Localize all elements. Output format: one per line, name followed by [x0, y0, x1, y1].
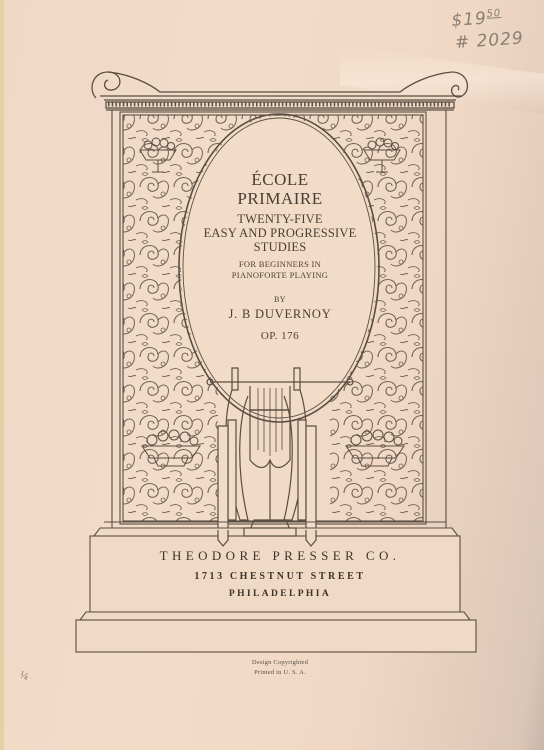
- publisher-name: THEODORE PRESSER CO.: [120, 548, 440, 564]
- composer-name: J. B DUVERNOY: [200, 307, 360, 322]
- printed-in: Printed in U. S. A.: [220, 668, 340, 678]
- opus-number: OP. 176: [200, 330, 360, 342]
- publisher-city: PHILADELPHIA: [120, 589, 440, 599]
- publisher-address: 1713 CHESTNUT STREET: [120, 571, 440, 582]
- subtitle-line-3: STUDIES: [200, 240, 360, 254]
- ornamental-frame-illustration: [0, 0, 544, 750]
- title-line-1: ÉCOLE: [200, 170, 360, 189]
- design-copyright: Design Copyrighted: [220, 658, 340, 668]
- title-line-2: PRIMAIRE: [200, 189, 360, 208]
- title-block: ÉCOLE PRIMAIRE TWENTY-FIVE EASY AND PROG…: [200, 170, 360, 342]
- cornice: [92, 72, 467, 110]
- description-line-1: FOR BEGINNERS IN: [200, 259, 360, 270]
- by-label: BY: [200, 295, 360, 304]
- publisher-block: THEODORE PRESSER CO. 1713 CHESTNUT STREE…: [120, 548, 440, 599]
- copyright-notice: Design Copyrighted Printed in U. S. A.: [220, 658, 340, 678]
- subtitle-line-1: TWENTY-FIVE: [200, 212, 360, 226]
- subtitle-line-2: EASY AND PROGRESSIVE: [200, 226, 360, 240]
- description-line-2: PIANOFORTE PLAYING: [200, 270, 360, 281]
